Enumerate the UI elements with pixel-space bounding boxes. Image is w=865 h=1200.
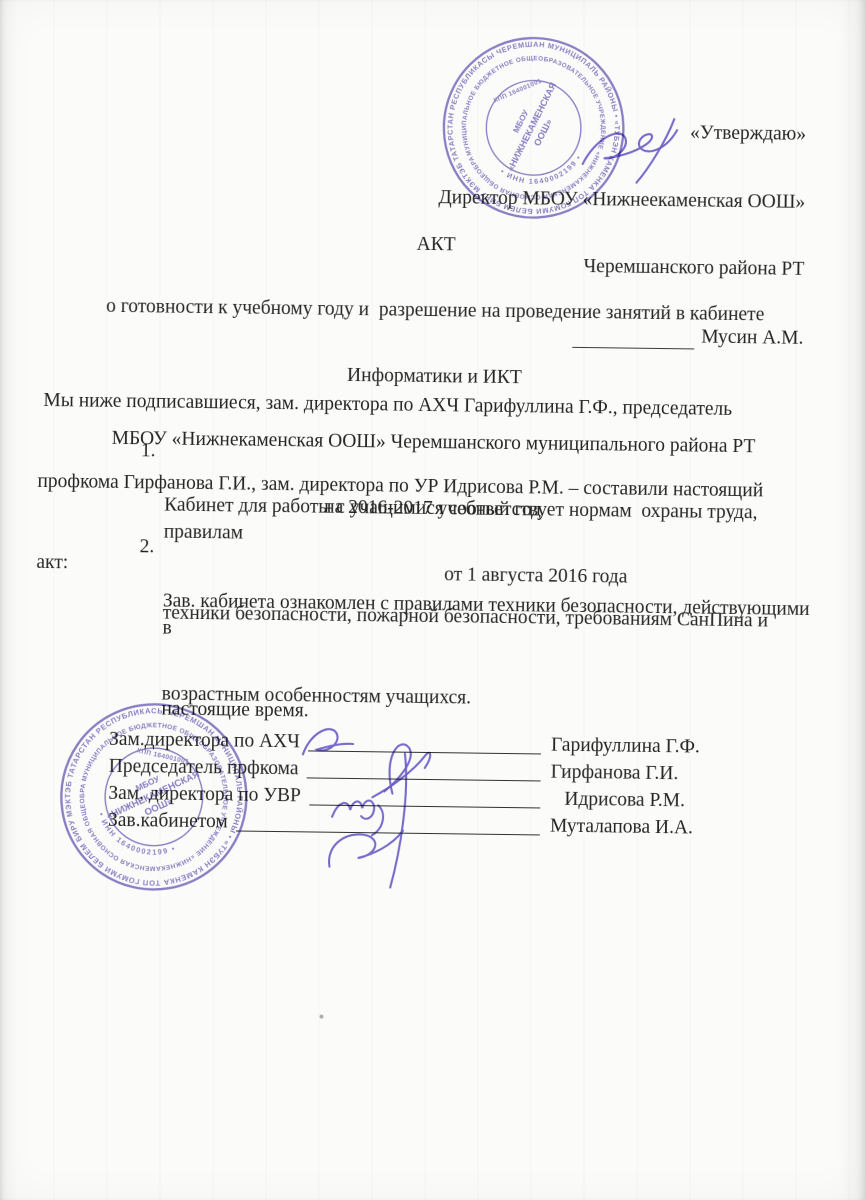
svg-text:• ИНН 1640002199 •: • ИНН 1640002199 • [90, 810, 182, 863]
signature-ink-stroke [332, 800, 374, 819]
stamp-center-text: МБОУ «НИЖНЕКАМЕНСКАЯ ООШ» [100, 757, 208, 834]
round-seal-stamp-bottom: ТАТАРСТАН РЕСПУБЛИКАСЫ ЧЕРЕМШАН МУНИЦИПА… [53, 696, 255, 898]
signature-ink-stroke [390, 754, 406, 888]
staff-signatures-ink [273, 696, 506, 899]
signature-ink-stroke [303, 729, 353, 755]
stamp-kpp-text: КПП 164001001 [136, 747, 189, 766]
signature-ink-stroke [329, 830, 403, 868]
list-item-2-line-1: Зав. кабинета ознакомлен с правилами тех… [162, 588, 811, 650]
document-content: «Утверждаю» Директор МБОУ «Нижнеекаменск… [0, 0, 865, 1200]
signature-name: Гирфанова Г.И. [551, 762, 709, 786]
stamp-inn-text: • ИНН 1640002199 • [90, 810, 182, 863]
signature-name: Гарифуллина Г.Ф. [551, 735, 709, 759]
intro-line-1: Мы ниже подписавшиеся, зам. директора по… [38, 387, 830, 424]
stamp-kpp-text: КПП 164001001 [493, 78, 543, 105]
title-line-akt: АКТ [3, 228, 865, 261]
scanned-document-page: «Утверждаю» Директор МБОУ «Нижнеекаменск… [0, 0, 865, 1200]
signature-name: Муталапова И.А. [550, 816, 708, 840]
signature-name: Идрисова Р.М. [550, 789, 708, 813]
scan-speck [319, 1015, 323, 1019]
director-signature-ink [572, 112, 733, 192]
signature-ink-stroke [583, 129, 677, 165]
title-line-readiness: о готовности к учебному году и разрешени… [3, 294, 865, 327]
